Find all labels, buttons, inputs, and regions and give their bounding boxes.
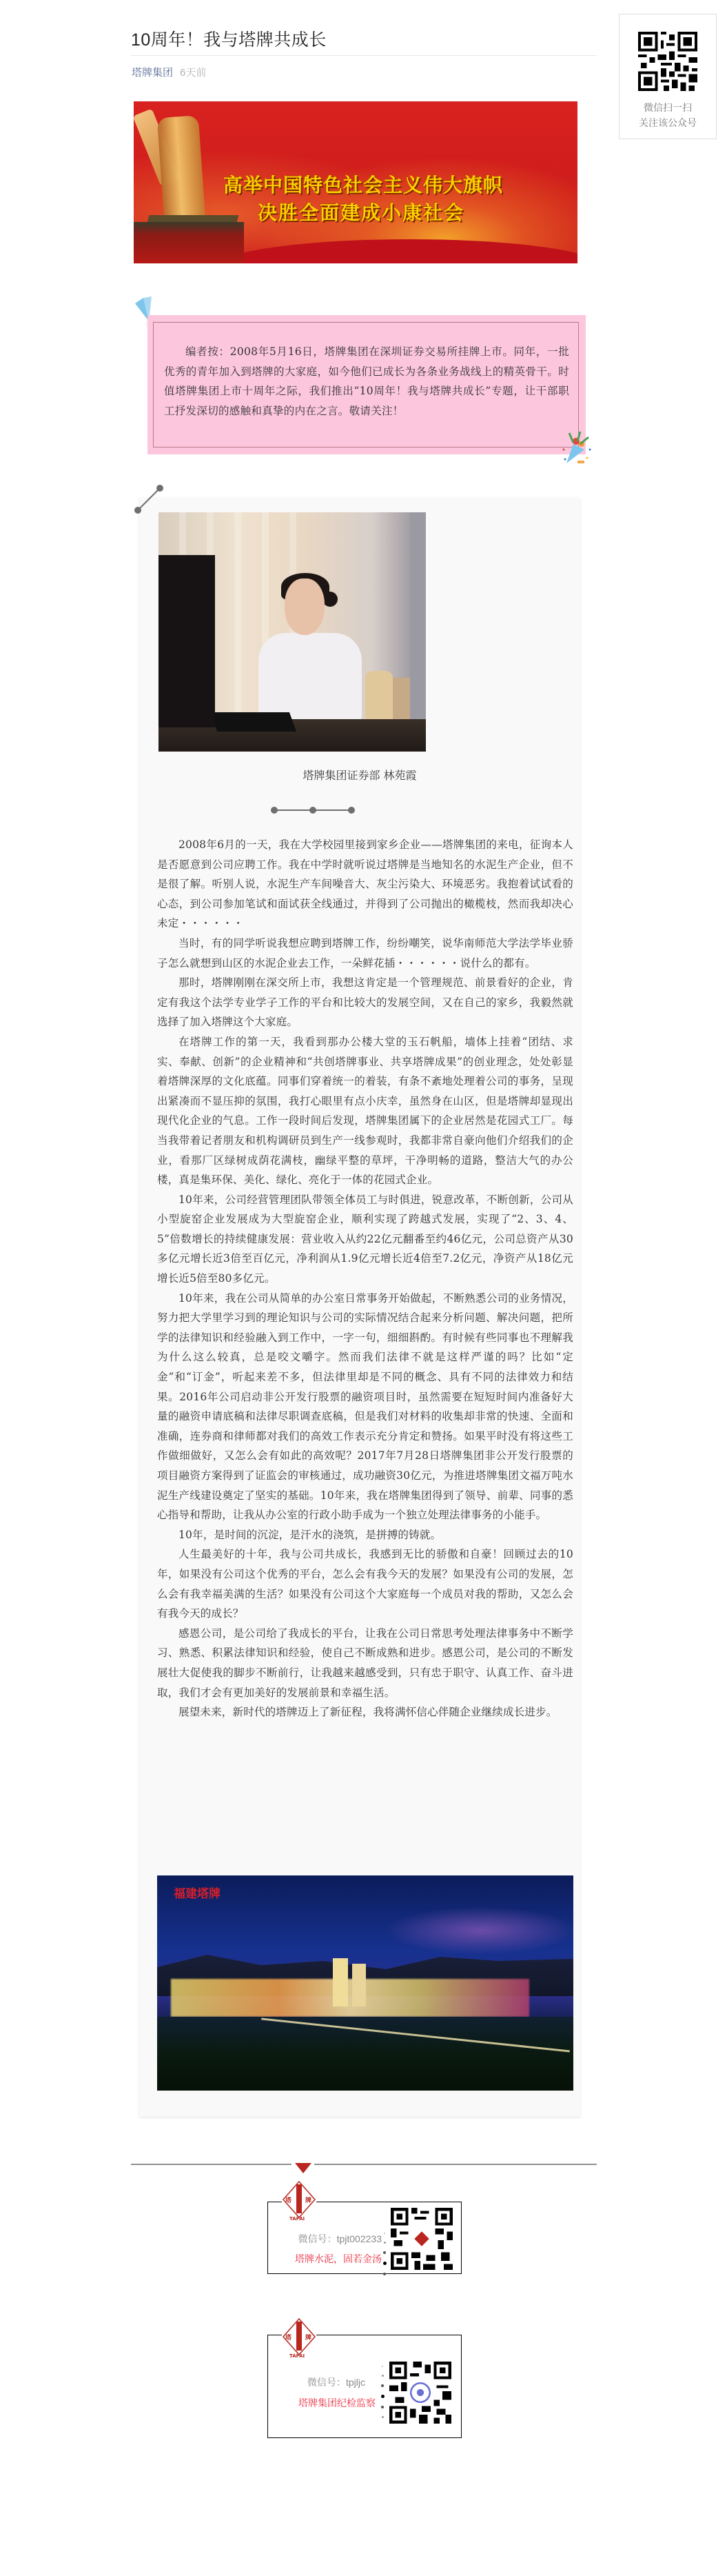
follow-qr-panel: 微信扫一扫 关注该公众号: [619, 14, 717, 139]
photo-person-bun: [322, 592, 338, 607]
body-paragraph: 感恩公司，是公司给了我成长的平台，让我在公司日常思考处理法律事务中不断学习、熟悉…: [157, 1624, 573, 1702]
publish-time: 6天前: [180, 67, 206, 79]
article-title: 10周年！我与塔牌共成长: [131, 26, 327, 51]
svg-text:TAPAI: TAPAI: [289, 2216, 305, 2222]
body-paragraph: 在塔牌工作的第一天，我看到那办公楼大堂的玉石帆船，墙体上挂着“团结、求实、奉献、…: [157, 1032, 573, 1190]
title-divider: [131, 55, 596, 56]
banner-slogan-line2: 决胜全面建成小康社会: [258, 198, 547, 225]
flower-bouquet-icon: [560, 429, 595, 469]
photo-plant-lights: [171, 1979, 529, 2017]
svg-text:牌: 牌: [305, 2196, 311, 2204]
body-paragraph: 那时，塔牌刚刚在深交所上市，我想这肯定是一个管理规范、前景看好的企业，肯定有我这…: [157, 973, 573, 1032]
photo-cloud: [385, 1906, 573, 1955]
qr-scan-hint: 微信扫一扫: [620, 100, 716, 115]
dot-column-icon: [382, 2233, 387, 2283]
editor-note: 编者按：2008年5月16日，塔牌集团在深圳证券交易所挂牌上市。同年，一批优秀的…: [147, 315, 586, 454]
banner-flag-wave: [216, 239, 577, 263]
dot-column-icon: [380, 2366, 385, 2426]
body-paragraph: 展望未来，新时代的塔牌迈上了新征程，我将满怀信心伴随企业继续成长进步。: [157, 1702, 573, 1722]
footer-divider-left: [131, 2164, 291, 2165]
article-meta: 塔牌集团6天前: [132, 65, 206, 79]
editor-note-text: 编者按：2008年5月16日，塔牌集团在深圳证券交易所挂牌上市。同年，一批优秀的…: [164, 342, 569, 421]
svg-text:塔: 塔: [285, 2333, 292, 2342]
author-link[interactable]: 塔牌集团: [132, 67, 173, 79]
tiananmen-gate: [134, 222, 244, 263]
photo-ground: [157, 2017, 573, 2091]
photo-tower: [352, 1964, 366, 2006]
photo-keyboard: [210, 712, 296, 732]
three-dot-divider-icon: [269, 803, 357, 817]
tapai-logo-icon: 塔 牌 TAPAI: [282, 2317, 316, 2360]
body-paragraph: 10年来，我在公司从简单的办公室日常事务开始做起，不断熟悉公司的业务情况，努力把…: [157, 1289, 573, 1525]
footer-divider-right: [314, 2164, 597, 2165]
down-triangle-icon: [295, 2163, 311, 2173]
body-paragraph: 人生最美好的十年，我与公司共成长，我感到无比的骄傲和自豪！回顾过去的10年，如果…: [157, 1544, 573, 1623]
photo-door: [410, 512, 426, 752]
employee-photo: [158, 512, 426, 752]
discipline-qr-code-icon[interactable]: [389, 2362, 451, 2424]
follow-card-discipline: 塔 牌 TAPAI 微信号：tpjljc 塔牌集团纪检监察: [267, 2335, 462, 2438]
wechat-id: 微信号：tpjljc: [272, 2375, 365, 2389]
qr-code-icon[interactable]: [638, 32, 697, 91]
body-paragraph: 10年，是时间的沉淀，是汗水的浇筑，是拼搏的铸就。: [157, 1525, 573, 1545]
body-paragraph: 10年来，公司经营管理团队带领全体员工与时俱进，锐意改革，不断创新，公司从小型旋…: [157, 1190, 573, 1289]
qr-follow-hint: 关注该公众号: [620, 115, 716, 130]
tapai-logo-icon: 塔 牌 TAPAI: [282, 2180, 316, 2223]
banner-image: 高举中国特色社会主义伟大旗帜 决胜全面建成小康社会: [134, 101, 577, 263]
photo-caption: 塔牌集团证券部 林苑霞: [139, 767, 580, 783]
factory-night-photo: 福建塔牌: [157, 1875, 573, 2091]
photo-chair: [365, 671, 393, 726]
svg-text:TAPAI: TAPAI: [289, 2353, 305, 2359]
article-body: 2008年6月的一天，我在大学校园里接到家乡企业——塔牌集团的来电，征询本人是否…: [157, 835, 573, 1722]
follow-card-cement: 塔 牌 TAPAI 微信号：tpjt002233 塔牌水泥，固若金汤: [267, 2202, 462, 2274]
photo-person-body: [258, 633, 362, 723]
body-paragraph: 2008年6月的一天，我在大学校园里接到家乡企业——塔牌集团的来电，征询本人是否…: [157, 835, 573, 934]
cement-qr-code-icon[interactable]: [391, 2206, 453, 2272]
wechat-id: 微信号：tpjt002233: [272, 2232, 382, 2246]
photo-tower: [333, 1958, 348, 2006]
photo-monitor: [158, 555, 215, 727]
editor-note-frame: 编者按：2008年5月16日，塔牌集团在深圳证券交易所挂牌上市。同年，一批优秀的…: [153, 322, 579, 447]
svg-text:塔: 塔: [285, 2196, 292, 2204]
night-photo-label: 福建塔牌: [174, 1884, 221, 1901]
body-paragraph: 当时，有的同学听说我想应聘到塔牌工作，纷纷嘲笑，说华南师范大学法学毕业骄子怎么就…: [157, 934, 573, 973]
photo-person-face: [285, 578, 325, 635]
svg-text:牌: 牌: [305, 2333, 311, 2342]
card-slogan: 塔牌水泥，固若金汤: [272, 2252, 382, 2266]
card-slogan: 塔牌集团纪检监察: [272, 2396, 376, 2410]
banner-slogan-line1: 高举中国特色社会主义伟大旗帜: [223, 170, 568, 198]
